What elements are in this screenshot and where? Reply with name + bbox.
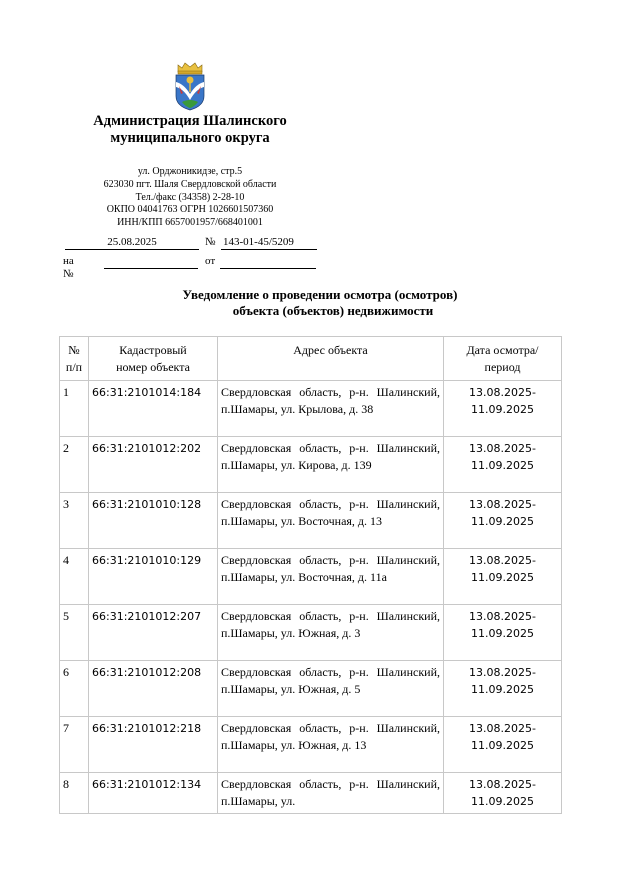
object-address: Свердловская область, р-н. Шалинский, п.… <box>218 661 444 717</box>
table-row: 766:31:2101012:218Свердловская область, … <box>60 717 562 773</box>
reference-date-label: от <box>205 255 215 268</box>
objects-table: № п/п Кадастровый номер объекта Адрес об… <box>59 336 562 814</box>
organization-name-line: Администрация Шалинского <box>60 113 320 130</box>
cadastral-number: 66:31:2101012:207 <box>89 605 218 661</box>
inn-kpp-line: ИНН/КПП 6657001957/668401001 <box>60 217 320 230</box>
row-number: 7 <box>60 717 89 773</box>
table-row: 266:31:2101012:202Свердловская область, … <box>60 437 562 493</box>
row-number: 5 <box>60 605 89 661</box>
table-header-row: № п/п Кадастровый номер объекта Адрес об… <box>60 337 562 381</box>
header-text: № <box>63 342 85 359</box>
inspection-end: 11.09.2025 <box>447 681 558 698</box>
inspection-start: 13.08.2025- <box>447 384 558 401</box>
inspection-end: 11.09.2025 <box>447 401 558 418</box>
inspection-period: 13.08.2025-11.09.2025 <box>444 773 562 814</box>
header-text: Дата осмотра/ <box>447 342 558 359</box>
document-number-field: 143-01-45/5209 <box>221 236 317 250</box>
inspection-start: 13.08.2025- <box>447 496 558 513</box>
header-text: период <box>447 359 558 376</box>
cadastral-number: 66:31:2101012:208 <box>89 661 218 717</box>
coat-of-arms-icon <box>170 60 210 112</box>
organization-name: Администрация Шалинского муниципального … <box>60 113 320 147</box>
inspection-start: 13.08.2025- <box>447 440 558 457</box>
inspection-start: 13.08.2025- <box>447 608 558 625</box>
inspection-period: 13.08.2025-11.09.2025 <box>444 661 562 717</box>
document-number: 143-01-45/5209 <box>223 236 294 248</box>
document-title: Уведомление о проведении осмотра (осмотр… <box>100 287 540 319</box>
cadastral-number: 66:31:2101012:202 <box>89 437 218 493</box>
row-number: 1 <box>60 381 89 437</box>
header-date: Дата осмотра/ период <box>444 337 562 381</box>
table-row: 666:31:2101012:208Свердловская область, … <box>60 661 562 717</box>
row-number: 3 <box>60 493 89 549</box>
object-address: Свердловская область, р-н. Шалинский, п.… <box>218 493 444 549</box>
inspection-period: 13.08.2025-11.09.2025 <box>444 717 562 773</box>
inspection-period: 13.08.2025-11.09.2025 <box>444 437 562 493</box>
cadastral-number: 66:31:2101014:184 <box>89 381 218 437</box>
header-address: Адрес объекта <box>218 337 444 381</box>
header-number: № п/п <box>60 337 89 381</box>
row-number: 6 <box>60 661 89 717</box>
object-address: Свердловская область, р-н. Шалинский, п.… <box>218 549 444 605</box>
table-row: 466:31:2101010:129Свердловская область, … <box>60 549 562 605</box>
row-number: 2 <box>60 437 89 493</box>
object-address: Свердловская область, р-н. Шалинский, п.… <box>218 437 444 493</box>
header-text: Кадастровый <box>92 342 214 359</box>
document-date: 25.08.2025 <box>107 236 157 248</box>
inspection-period: 13.08.2025-11.09.2025 <box>444 605 562 661</box>
phone-line: Тел./факс (34358) 2-28-10 <box>60 192 320 205</box>
reference-date-field <box>220 255 316 269</box>
organization-name-line: муниципального округа <box>60 130 320 147</box>
header-text: Адрес объекта <box>221 342 440 359</box>
table-row: 866:31:2101012:134Свердловская область, … <box>60 773 562 814</box>
organization-address: ул. Орджоникидзе, стр.5 623030 пгт. Шаля… <box>60 166 320 230</box>
document-title-line: объекта (объектов) недвижимости <box>100 303 540 319</box>
inspection-end: 11.09.2025 <box>447 737 558 754</box>
inspection-end: 11.09.2025 <box>447 513 558 530</box>
inspection-end: 11.09.2025 <box>447 457 558 474</box>
document-page: Администрация Шалинского муниципального … <box>0 0 620 877</box>
row-number: 8 <box>60 773 89 814</box>
reference-number-label: на № <box>63 255 74 281</box>
cadastral-number: 66:31:2101010:128 <box>89 493 218 549</box>
address-line: ул. Орджоникидзе, стр.5 <box>60 166 320 179</box>
inspection-end: 11.09.2025 <box>447 569 558 586</box>
inspection-start: 13.08.2025- <box>447 664 558 681</box>
document-title-line: Уведомление о проведении осмотра (осмотр… <box>100 287 540 303</box>
object-address: Свердловская область, р-н. Шалинский, п.… <box>218 605 444 661</box>
object-address: Свердловская область, р-н. Шалинский, п.… <box>218 717 444 773</box>
inspection-start: 13.08.2025- <box>447 720 558 737</box>
inspection-start: 13.08.2025- <box>447 552 558 569</box>
header-text: номер объекта <box>92 359 214 376</box>
cadastral-number: 66:31:2101010:129 <box>89 549 218 605</box>
object-address: Свердловская область, р-н. Шалинский, п.… <box>218 381 444 437</box>
document-date-field: 25.08.2025 <box>65 236 199 250</box>
reference-number-field <box>104 255 198 269</box>
table-row: 366:31:2101010:128Свердловская область, … <box>60 493 562 549</box>
row-number: 4 <box>60 549 89 605</box>
table-row: 566:31:2101012:207Свердловская область, … <box>60 605 562 661</box>
cadastral-number: 66:31:2101012:134 <box>89 773 218 814</box>
okpo-ogrn-line: ОКПО 04041763 ОГРН 1026601507360 <box>60 204 320 217</box>
inspection-period: 13.08.2025-11.09.2025 <box>444 381 562 437</box>
header-cadastral: Кадастровый номер объекта <box>89 337 218 381</box>
table-row: 166:31:2101014:184Свердловская область, … <box>60 381 562 437</box>
inspection-period: 13.08.2025-11.09.2025 <box>444 493 562 549</box>
inspection-start: 13.08.2025- <box>447 776 558 793</box>
inspection-end: 11.09.2025 <box>447 793 558 810</box>
address-line: 623030 пгт. Шаля Свердловской области <box>60 179 320 192</box>
cadastral-number: 66:31:2101012:218 <box>89 717 218 773</box>
inspection-period: 13.08.2025-11.09.2025 <box>444 549 562 605</box>
header-text: п/п <box>63 359 85 376</box>
inspection-end: 11.09.2025 <box>447 625 558 642</box>
object-address: Свердловская область, р-н. Шалинский, п.… <box>218 773 444 814</box>
number-label: № <box>205 236 216 249</box>
